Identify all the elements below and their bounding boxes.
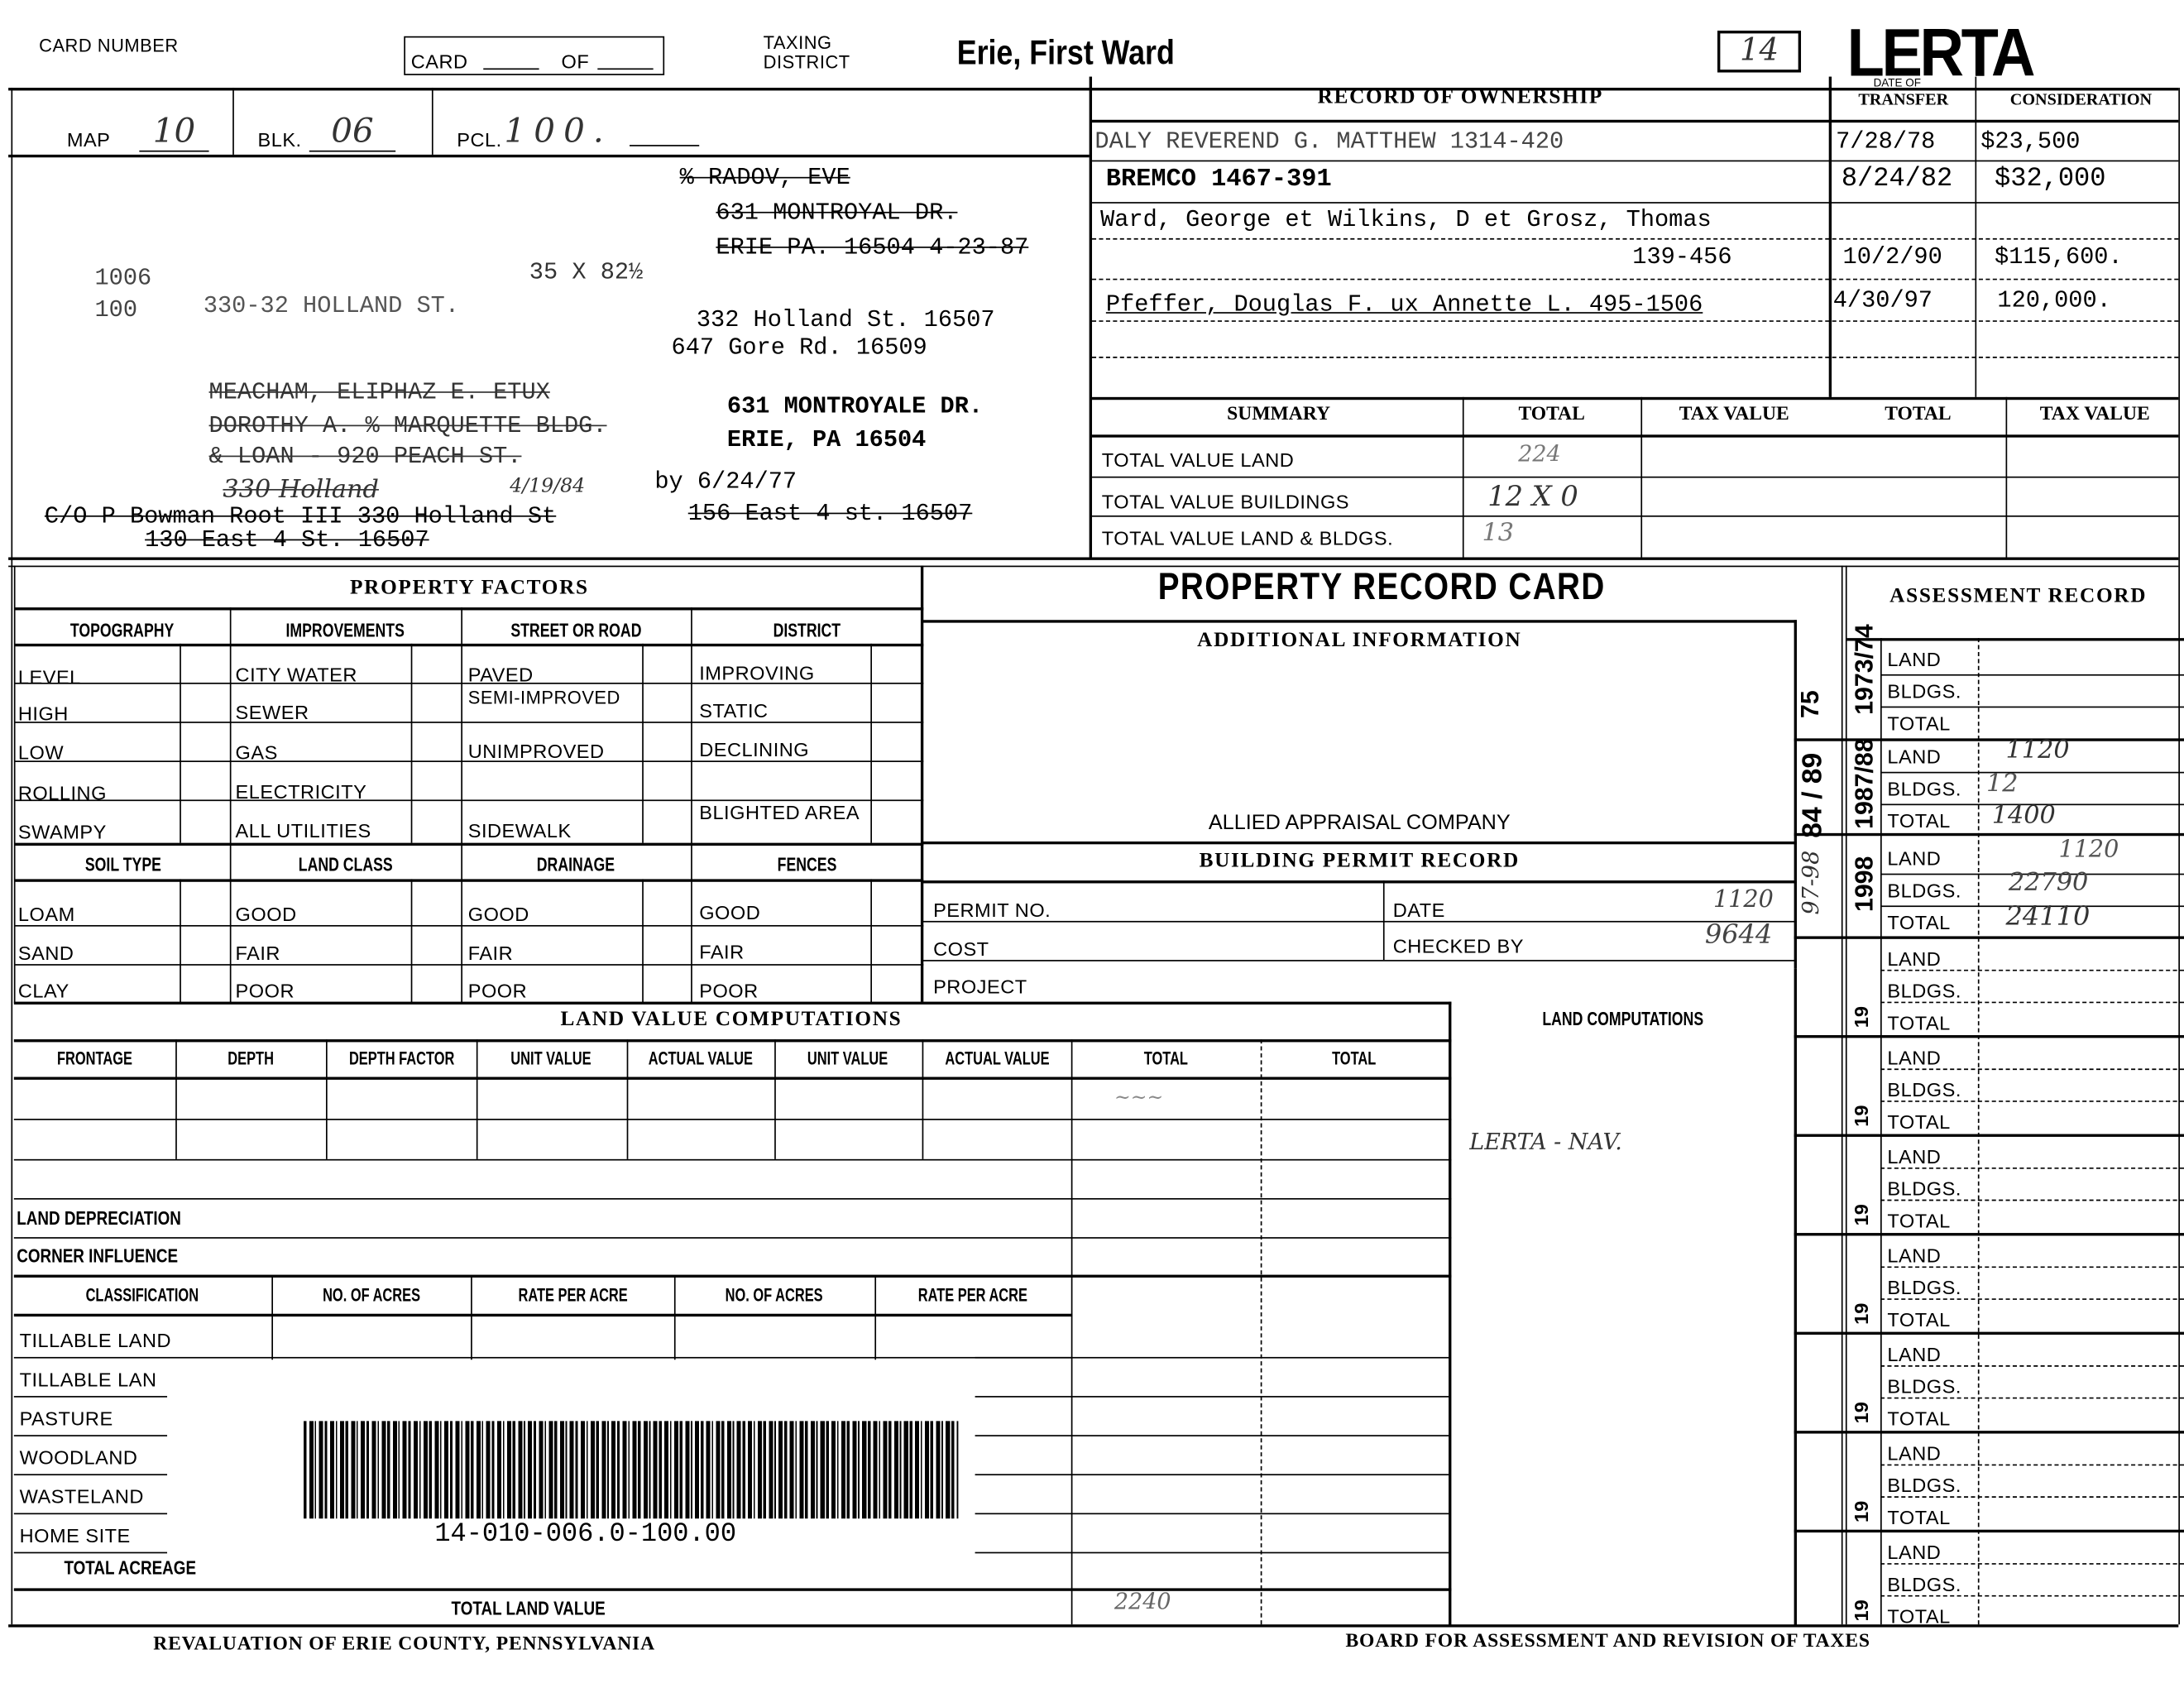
divider bbox=[1794, 1233, 2184, 1235]
divider bbox=[14, 1275, 1452, 1278]
factor-fences-good[interactable]: GOOD bbox=[699, 901, 760, 923]
card-label: CARD bbox=[411, 50, 468, 73]
acreage-col-4-label: RATE PER ACRE bbox=[918, 1284, 1027, 1305]
assess-bldgs-2: BLDGS. bbox=[1887, 778, 1961, 800]
project-label: PROJECT bbox=[933, 976, 1027, 998]
summary-total-land: 224 bbox=[1518, 440, 1560, 467]
transfer-header: TRANSFER bbox=[1832, 89, 1975, 110]
divider bbox=[1880, 707, 2184, 708]
owner-row-5: Pfeffer, Douglas F. ux Annette L. 495-15… bbox=[1106, 293, 1703, 319]
assess-land-2: LAND bbox=[1887, 746, 1941, 768]
barcode-text: 14-010-006.0-100.00 bbox=[434, 1518, 736, 1549]
divider bbox=[14, 1039, 1452, 1042]
assess-label-5-2: TOTAL bbox=[1887, 1110, 1950, 1133]
divider bbox=[975, 1396, 1449, 1398]
divider bbox=[1071, 1039, 1073, 1624]
divider bbox=[16, 879, 924, 881]
divider bbox=[11, 88, 12, 1624]
card-of-box: CARD OF bbox=[404, 36, 664, 75]
divider bbox=[16, 644, 924, 646]
header-land-class-label: LAND CLASS bbox=[299, 852, 393, 875]
assess-value-bldgs-3: 22790 bbox=[2009, 868, 2088, 897]
summary-total-header: TOTAL bbox=[1463, 404, 1641, 426]
acreage-col-0: CLASSIFICATION bbox=[14, 1284, 271, 1305]
assess-bldgs-1: BLDGS. bbox=[1887, 680, 1961, 703]
divider bbox=[16, 722, 924, 723]
assess-side-2: 84 / 89 bbox=[1798, 755, 1830, 838]
divider bbox=[175, 1039, 177, 1159]
assess-label-10-1: BLDGS. bbox=[1887, 1573, 1961, 1595]
divider bbox=[1880, 1465, 2184, 1466]
factor-all-utilities[interactable]: ALL UTILITIES bbox=[236, 819, 371, 842]
divider bbox=[922, 842, 1797, 844]
acreage-row-2: PASTURE bbox=[20, 1407, 113, 1430]
header-improvements: IMPROVEMENTS bbox=[230, 619, 461, 641]
divider bbox=[14, 1159, 1452, 1161]
care-of-street: 631 MONTROYAL DR. bbox=[716, 200, 957, 227]
acreage-row-0: TILLABLE LAND bbox=[20, 1329, 171, 1351]
divider bbox=[411, 644, 413, 843]
divider bbox=[1092, 202, 2178, 204]
factor-land-fair[interactable]: FAIR bbox=[236, 942, 280, 964]
divider bbox=[1092, 357, 2178, 358]
assess-label-5-1: BLDGS. bbox=[1887, 1078, 1961, 1101]
land-value-col-1: DEPTH bbox=[175, 1048, 326, 1068]
factor-sand[interactable]: SAND bbox=[18, 942, 74, 964]
divider bbox=[1794, 1530, 2184, 1532]
divider bbox=[1978, 638, 1980, 1624]
divider bbox=[1880, 1266, 2184, 1268]
co-line: C/O P Bowman Root III 330 Holland St bbox=[45, 504, 556, 530]
divider bbox=[922, 880, 1797, 883]
divider bbox=[14, 1198, 1452, 1200]
summary-total-2-header: TOTAL bbox=[1830, 404, 2005, 426]
divider bbox=[16, 925, 924, 927]
header-improvements-label: IMPROVEMENTS bbox=[286, 619, 405, 641]
assess-year-10: 19 bbox=[1850, 1583, 1872, 1638]
acreage-col-3: NO. OF ACRES bbox=[674, 1284, 874, 1305]
divider bbox=[1092, 238, 2178, 240]
consideration-row-5: 120,000. bbox=[1997, 289, 2110, 315]
line-100: 100 bbox=[94, 298, 137, 324]
date-row-1: 7/28/78 bbox=[1836, 130, 1935, 156]
allied-appraisal: ALLIED APPRAISAL COMPANY bbox=[922, 811, 1797, 835]
summary-label-land: TOTAL VALUE LAND bbox=[1102, 448, 1295, 471]
land-value-col-8-label: TOTAL bbox=[1333, 1048, 1377, 1068]
divider bbox=[975, 1552, 1449, 1554]
divider bbox=[16, 607, 924, 610]
blk-value: 06 bbox=[309, 112, 395, 152]
pcl-blank bbox=[630, 145, 699, 146]
card-number-label: CARD NUMBER bbox=[39, 36, 179, 56]
divider bbox=[975, 1357, 1449, 1359]
ownership-title: RECORD OF OWNERSHIP bbox=[1094, 86, 1826, 110]
divider bbox=[1794, 1332, 2184, 1335]
divider bbox=[1794, 1035, 2184, 1038]
assess-label-4-0: LAND bbox=[1887, 947, 1941, 970]
assess-label-7-1: BLDGS. bbox=[1887, 1276, 1961, 1298]
divider bbox=[1847, 638, 2184, 640]
divider bbox=[2178, 88, 2180, 1624]
permit-no-label: PERMIT NO. bbox=[933, 899, 1051, 921]
assess-label-10-0: LAND bbox=[1887, 1541, 1941, 1563]
assess-label-9-0: LAND bbox=[1887, 1442, 1941, 1465]
owner-row-4: 139-456 bbox=[1632, 245, 1731, 271]
divider bbox=[14, 1435, 167, 1436]
assess-label-7-0: LAND bbox=[1887, 1244, 1941, 1267]
divider bbox=[774, 1039, 776, 1159]
land-value-col-0: FRONTAGE bbox=[14, 1048, 175, 1068]
factor-loam[interactable]: LOAM bbox=[18, 903, 75, 925]
divider bbox=[477, 1039, 478, 1159]
divider bbox=[1092, 120, 2178, 122]
montroyale-1: 631 MONTROYALE DR. bbox=[727, 394, 983, 420]
total-land-value-label: TOTAL LAND VALUE bbox=[452, 1597, 606, 1619]
divider bbox=[642, 644, 644, 843]
care-of-city: ERIE PA. 16504 4-23-87 bbox=[716, 236, 1028, 262]
assess-label-6-2: TOTAL bbox=[1887, 1209, 1950, 1231]
assess-year-2: 1987/88 bbox=[1851, 738, 1880, 830]
divider bbox=[922, 1039, 924, 1159]
divider bbox=[14, 1552, 167, 1554]
divider bbox=[1092, 434, 2178, 437]
date-row-5: 4/30/97 bbox=[1833, 289, 1933, 315]
land-computations-title: LAND COMPUTATIONS bbox=[1451, 1007, 1794, 1029]
factor-drainage-good[interactable]: GOOD bbox=[468, 903, 529, 925]
footer-right: BOARD FOR ASSESSMENT AND REVISION OF TAX… bbox=[1345, 1632, 1870, 1654]
divider bbox=[461, 607, 462, 1003]
divider bbox=[1975, 77, 1976, 397]
divider bbox=[1880, 638, 1882, 1624]
total-acreage-label: TOTAL ACREAGE bbox=[64, 1556, 196, 1579]
divider bbox=[1880, 1595, 2184, 1597]
east-4-a: 156 East 4 st. 16507 bbox=[688, 501, 973, 528]
hand-date: 4/19/84 bbox=[510, 475, 585, 497]
divider bbox=[1880, 1101, 2184, 1102]
divider bbox=[1090, 77, 1092, 558]
divider bbox=[1880, 1168, 2184, 1169]
assess-label-6-1: BLDGS. bbox=[1887, 1177, 1961, 1200]
factor-declining[interactable]: DECLINING bbox=[699, 738, 809, 760]
hand-330: 330 Holland bbox=[223, 475, 379, 504]
assess-year-1: 1973/74 bbox=[1851, 623, 1880, 715]
assess-label-7-2: TOTAL bbox=[1887, 1308, 1950, 1331]
header-street-label: STREET OR ROAD bbox=[510, 619, 641, 641]
assess-value-total-2: 1400 bbox=[1992, 801, 2056, 830]
divider bbox=[975, 1474, 1449, 1475]
land-value-col-5-label: UNIT VALUE bbox=[808, 1048, 888, 1068]
land-value-col-2-label: DEPTH FACTOR bbox=[348, 1048, 453, 1068]
assess-side-3: 97-98 bbox=[1798, 841, 1824, 924]
building-permit-title: BUILDING PERMIT RECORD bbox=[922, 850, 1797, 874]
land-value-col-3-label: UNIT VALUE bbox=[511, 1048, 591, 1068]
divider bbox=[1092, 161, 2178, 162]
address-1: 332 Holland St. 16507 bbox=[697, 308, 995, 334]
consideration-row-1: $23,500 bbox=[1980, 130, 2080, 156]
factor-sidewalk[interactable]: SIDEWALK bbox=[468, 819, 572, 842]
acreage-col-1-label: NO. OF ACRES bbox=[323, 1284, 420, 1305]
factor-swampy[interactable]: SWAMPY bbox=[18, 821, 107, 843]
divider bbox=[627, 1039, 629, 1159]
summary-title: SUMMARY bbox=[1094, 404, 1462, 426]
divider bbox=[411, 879, 413, 1003]
acreage-row-4: WASTELAND bbox=[20, 1485, 144, 1508]
factor-semi-improved[interactable]: SEMI-IMPROVED bbox=[468, 688, 649, 707]
taxing-district-value: Erie, First Ward bbox=[957, 33, 1175, 74]
header-drainage: DRAINAGE bbox=[461, 852, 691, 875]
assess-land-3: LAND bbox=[1887, 847, 1941, 870]
divider bbox=[1092, 477, 2178, 478]
land-value-col-4-label: ACTUAL VALUE bbox=[649, 1048, 753, 1068]
divider bbox=[1880, 970, 2184, 971]
owner-row-1: DALY REVEREND G. MATTHEW 1314-420 bbox=[1094, 130, 1564, 156]
divider bbox=[870, 644, 872, 843]
cost-label: COST bbox=[933, 938, 989, 960]
land-value-col-8: TOTAL bbox=[1261, 1048, 1449, 1068]
divider bbox=[1880, 772, 2184, 774]
divider bbox=[1880, 1563, 2184, 1565]
assess-value-total-3: 24110 bbox=[2006, 901, 2091, 932]
divider bbox=[16, 683, 924, 684]
assess-value-land-2: 1120 bbox=[2006, 736, 2070, 765]
divider bbox=[674, 1276, 676, 1360]
header-land-class: LAND CLASS bbox=[230, 852, 461, 875]
acreage-col-3-label: NO. OF ACRES bbox=[726, 1284, 823, 1305]
divider bbox=[8, 557, 2178, 559]
assessment-title: ASSESSMENT RECORD bbox=[1852, 585, 2184, 609]
summary-tax-value-header: TAX VALUE bbox=[1640, 404, 1827, 426]
assess-bldgs-3: BLDGS. bbox=[1887, 879, 1961, 901]
box-number: 14 bbox=[1717, 31, 1801, 73]
permit-hand-9644: 9644 bbox=[1705, 919, 1772, 950]
divider bbox=[1794, 833, 2184, 836]
divider bbox=[14, 1513, 167, 1514]
divider bbox=[975, 1435, 1449, 1436]
divider bbox=[1794, 1134, 2184, 1137]
divider bbox=[1846, 566, 1847, 1625]
divider bbox=[14, 1119, 1452, 1120]
checked-by-label: CHECKED BY bbox=[1393, 935, 1524, 957]
additional-info-title: ADDITIONAL INFORMATION bbox=[922, 630, 1797, 654]
assess-year-3: 1998 bbox=[1851, 838, 1880, 930]
acreage-col-4: RATE PER ACRE bbox=[874, 1284, 1070, 1305]
divider bbox=[1092, 320, 2178, 322]
summary-tax-value-2-header: TAX VALUE bbox=[2006, 404, 2184, 426]
divider bbox=[326, 1039, 328, 1159]
factor-clay[interactable]: CLAY bbox=[18, 980, 69, 1002]
land-value-col-5: UNIT VALUE bbox=[774, 1048, 922, 1068]
divider bbox=[691, 607, 692, 1003]
summary-label-land-bldgs: TOTAL VALUE LAND & BLDGS. bbox=[1102, 526, 1393, 549]
blk-label: BLK. bbox=[257, 128, 301, 151]
land-value-col-3: UNIT VALUE bbox=[477, 1048, 627, 1068]
header-street: STREET OR ROAD bbox=[461, 619, 691, 641]
land-value-col-7-label: TOTAL bbox=[1144, 1048, 1188, 1068]
dimensions: 35 X 82½ bbox=[529, 261, 643, 287]
assess-label-4-1: BLDGS. bbox=[1887, 980, 1961, 1002]
divider bbox=[1794, 968, 1797, 1626]
acreage-col-0-label: CLASSIFICATION bbox=[86, 1284, 199, 1305]
date-of-label: DATE OF bbox=[1874, 77, 1921, 89]
assess-label-5-0: LAND bbox=[1887, 1046, 1941, 1068]
assess-value-bldgs-2: 12 bbox=[1986, 769, 2019, 798]
divider bbox=[180, 644, 181, 843]
consideration-row-2: $32,000 bbox=[1995, 163, 2105, 194]
card-blank[interactable] bbox=[483, 69, 539, 70]
prev-owner-1: MEACHAM, ELIPHAZ E. ETUX bbox=[209, 381, 550, 407]
factor-land-poor[interactable]: POOR bbox=[236, 980, 295, 1002]
divider bbox=[1829, 77, 1832, 397]
assess-label-9-2: TOTAL bbox=[1887, 1506, 1950, 1528]
header-district-label: DISTRICT bbox=[773, 619, 841, 641]
divider bbox=[16, 964, 924, 966]
prev-owner-2: DOROTHY A. % MARQUETTE BLDG. bbox=[209, 414, 607, 440]
factor-fences-poor[interactable]: POOR bbox=[699, 980, 758, 1002]
header-fences: FENCES bbox=[691, 852, 923, 875]
header-topography: TOPOGRAPHY bbox=[16, 619, 230, 641]
divider bbox=[1794, 1431, 2184, 1433]
permit-hand-1120: 1120 bbox=[1713, 886, 1774, 914]
factor-drainage-poor[interactable]: POOR bbox=[468, 980, 527, 1002]
factor-fences-fair[interactable]: FAIR bbox=[699, 940, 744, 962]
divider bbox=[271, 1276, 273, 1360]
land-value-col-7: TOTAL bbox=[1071, 1048, 1261, 1068]
land-value-title: LAND VALUE COMPUTATIONS bbox=[14, 1009, 1449, 1033]
divider bbox=[922, 921, 1797, 923]
divider bbox=[1880, 1365, 2184, 1367]
divider bbox=[1842, 566, 1843, 1625]
divider bbox=[16, 843, 924, 846]
assess-label-8-0: LAND bbox=[1887, 1343, 1941, 1365]
land-value-col-6: ACTUAL VALUE bbox=[922, 1048, 1071, 1068]
divider bbox=[870, 879, 872, 1003]
card-title: PROPERTY RECORD CARD bbox=[991, 566, 1773, 609]
factor-improving[interactable]: IMPROVING bbox=[699, 662, 814, 684]
header-soil-type-label: SOIL TYPE bbox=[84, 852, 160, 875]
divider bbox=[1092, 279, 2178, 281]
divider bbox=[922, 620, 1797, 622]
divider bbox=[14, 1357, 1073, 1359]
assess-total-2: TOTAL bbox=[1887, 809, 1950, 832]
header-drainage-label: DRAINAGE bbox=[537, 852, 615, 875]
map-label: MAP bbox=[67, 128, 111, 151]
permit-date-label: DATE bbox=[1393, 899, 1445, 921]
header-topography-label: TOPOGRAPHY bbox=[70, 619, 174, 641]
divider bbox=[16, 760, 924, 762]
address-2: 647 Gore Rd. 16509 bbox=[672, 336, 927, 362]
divider bbox=[1092, 397, 2178, 400]
factor-land-good[interactable]: GOOD bbox=[236, 903, 297, 925]
divider bbox=[14, 1002, 1452, 1005]
pcl-label: PCL. bbox=[457, 128, 501, 151]
assess-label-8-2: TOTAL bbox=[1887, 1407, 1950, 1430]
prev-owner-3: & LOAN - 920 PEACH ST. bbox=[209, 444, 522, 471]
land-value-col-0-label: FRONTAGE bbox=[57, 1048, 132, 1068]
divider bbox=[14, 1474, 167, 1475]
acreage-row-3: WOODLAND bbox=[20, 1446, 138, 1469]
divider bbox=[1880, 1496, 2184, 1498]
owner-row-2: BREMCO 1467-391 bbox=[1106, 165, 1332, 194]
consideration-row-4: $115,600. bbox=[1995, 245, 2123, 271]
divider bbox=[1794, 620, 1797, 968]
assess-label-4-2: TOTAL bbox=[1887, 1011, 1950, 1033]
land-computations-label: LAND COMPUTATIONS bbox=[1542, 1007, 1703, 1029]
divider bbox=[1880, 1200, 2184, 1201]
care-of-line: % RADOV, EVE bbox=[680, 165, 850, 192]
owner-row-3: Ward, George et Wilkins, D et Grosz, Tho… bbox=[1100, 208, 1712, 234]
factor-blighted-area[interactable]: BLIGHTED AREA bbox=[699, 803, 866, 822]
factor-unimproved[interactable]: UNIMPROVED bbox=[468, 740, 605, 762]
factor-static[interactable]: STATIC bbox=[699, 699, 768, 722]
divider bbox=[1880, 674, 2184, 676]
footer-left: REVALUATION OF ERIE COUNTY, PENNSYLVANIA bbox=[153, 1634, 655, 1657]
divider bbox=[14, 1314, 1073, 1316]
of-label: OF bbox=[562, 50, 590, 73]
by-date: by 6/24/77 bbox=[654, 469, 797, 496]
divider bbox=[14, 1396, 167, 1398]
factor-level[interactable]: LEVEL bbox=[18, 666, 81, 688]
divider bbox=[14, 1077, 1452, 1080]
header-district: DISTRICT bbox=[691, 619, 923, 641]
pcl-value: 100. bbox=[504, 112, 611, 151]
east-4-b: 130 East 4 St. 16507 bbox=[145, 528, 429, 554]
taxing-district-label: TAXING DISTRICT bbox=[764, 33, 875, 72]
assess-label-9-1: BLDGS. bbox=[1887, 1474, 1961, 1496]
header-fences-label: FENCES bbox=[778, 852, 837, 875]
acreage-col-2: RATE PER ACRE bbox=[471, 1284, 674, 1305]
total-land-value-hand: 2240 bbox=[1114, 1588, 1171, 1614]
property-factors: PROPERTY FACTORS TOPOGRAPHY IMPROVEMENTS… bbox=[14, 566, 923, 1004]
assess-land-1: LAND bbox=[1887, 648, 1941, 670]
land-value-col-2: DEPTH FACTOR bbox=[326, 1048, 477, 1068]
divider bbox=[14, 1588, 1452, 1590]
assess-total-1: TOTAL bbox=[1887, 712, 1950, 734]
divider bbox=[1880, 1068, 2184, 1070]
land-value-col-1-label: DEPTH bbox=[227, 1048, 274, 1068]
divider bbox=[922, 960, 1797, 961]
land-depreciation-label: LAND DEPRECIATION bbox=[17, 1206, 181, 1229]
of-blank[interactable] bbox=[597, 69, 653, 70]
property-factors-title: PROPERTY FACTORS bbox=[16, 577, 924, 601]
acreage-col-1: NO. OF ACRES bbox=[271, 1284, 471, 1305]
acreage-col-2-label: RATE PER ACRE bbox=[518, 1284, 627, 1305]
divider bbox=[8, 1624, 2178, 1627]
assess-value-land-3: 1120 bbox=[2059, 836, 2119, 864]
date-row-4: 10/2/90 bbox=[1843, 245, 1942, 271]
land-value-col-4: ACTUAL VALUE bbox=[627, 1048, 774, 1068]
header-soil-type: SOIL TYPE bbox=[16, 852, 230, 875]
divider bbox=[1880, 1002, 2184, 1004]
summary-total-land-bldgs: 13 bbox=[1482, 518, 1514, 547]
summary-label-buildings: TOTAL VALUE BUILDINGS bbox=[1102, 491, 1349, 513]
land-value-total-hand: ~~~ bbox=[1114, 1086, 1163, 1109]
divider bbox=[14, 1237, 1452, 1239]
land-computations-note: LERTA - NAV. bbox=[1469, 1129, 1622, 1155]
divider bbox=[874, 1276, 876, 1360]
assess-label-8-1: BLDGS. bbox=[1887, 1375, 1961, 1398]
factor-sewer[interactable]: SEWER bbox=[236, 701, 309, 723]
summary-total-buildings: 12 X 0 bbox=[1487, 479, 1578, 512]
divider bbox=[1092, 516, 2178, 517]
divider bbox=[230, 607, 232, 1003]
assess-total-3: TOTAL bbox=[1887, 911, 1950, 933]
divider bbox=[432, 88, 433, 155]
divider bbox=[1449, 1002, 1451, 1626]
factor-drainage-fair[interactable]: FAIR bbox=[468, 942, 513, 964]
corner-influence-label: CORNER INFLUENCE bbox=[17, 1244, 178, 1267]
divider bbox=[1880, 1398, 2184, 1399]
assess-label-6-0: LAND bbox=[1887, 1145, 1941, 1168]
